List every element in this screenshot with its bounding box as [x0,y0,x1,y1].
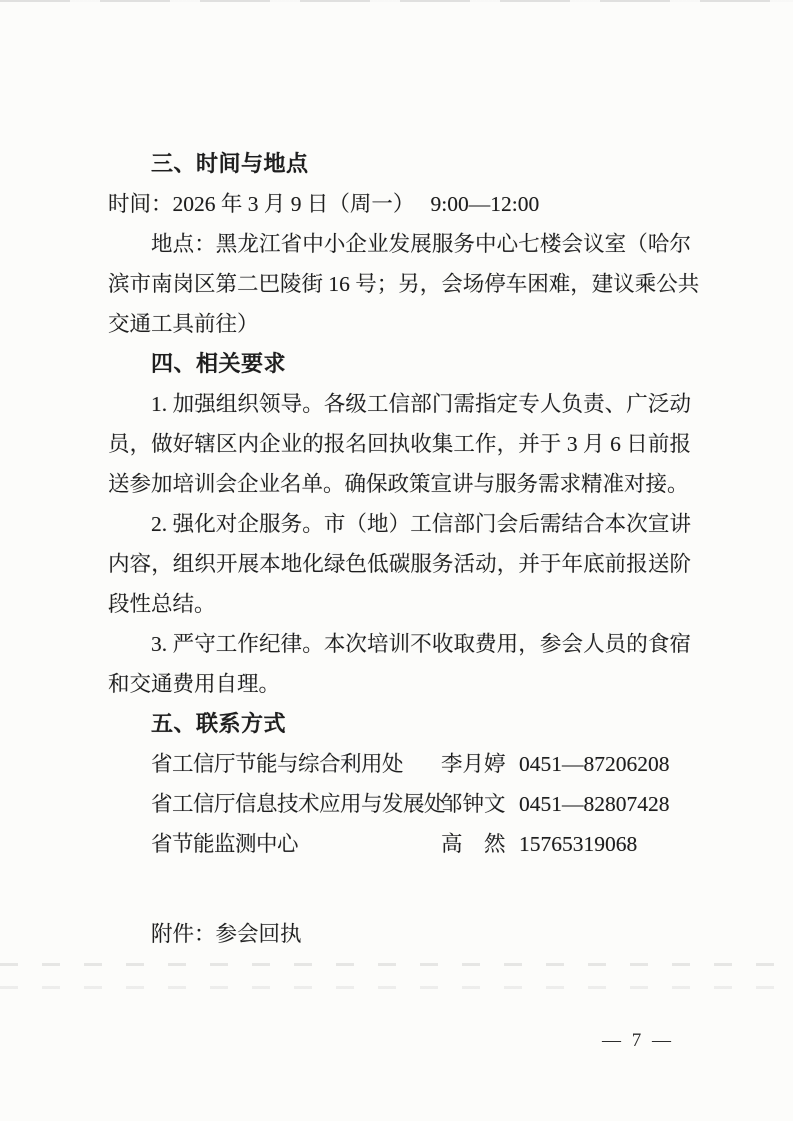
section-heading-requirements: 四、相关要求 [151,344,691,384]
section-heading-time-location: 三、时间与地点 [151,144,691,184]
contact-department: 省工信厅信息技术应用与发展处 [151,784,441,824]
location-line: 滨市南岗区第二巴陵街 16 号；另，会场停车困难，建议乘公共 [108,264,691,304]
body-line: 1. 加强组织领导。各级工信部门需指定专人负责、广泛动 [108,384,691,424]
contact-person-name: 高 然 [441,824,511,864]
vertical-gap [108,864,691,914]
contact-phone-number: 0451—87206208 [519,744,670,784]
body-line: 内容，组织开展本地化绿色低碳服务活动，并于年底前报送阶 [108,544,691,584]
body-line: 2. 强化对企服务。市（地）工信部门会后需结合本次宣讲 [108,504,691,544]
body-line: 3. 严守工作纪律。本次培训不收取费用，参会人员的食宿 [108,624,691,664]
attachment-line: 附件：参会回执 [151,914,691,954]
scan-streak-artifact [0,986,793,989]
scan-edge-artifact [0,0,793,2]
scan-streak-artifact [0,963,793,966]
location-paragraph: 地点：黑龙江省中小企业发展服务中心七楼会议室（哈尔 滨市南岗区第二巴陵街 16 … [108,224,691,344]
body-line: 员，做好辖区内企业的报名回执收集工作，并于 3 月 6 日前报 [108,424,691,464]
contact-person-name: 李月婷 [441,744,511,784]
contact-row: 省工信厅节能与综合利用处 李月婷 0451—87206208 [151,744,691,784]
location-line: 交通工具前往） [108,304,691,344]
body-line: 和交通费用自理。 [108,664,691,704]
contact-phone-number: 15765319068 [519,824,637,864]
section-heading-contacts: 五、联系方式 [151,704,691,744]
time-line: 时间：2026 年 3 月 9 日（周一） 9:00—12:00 [108,184,691,224]
contact-row: 省节能监测中心 高 然 15765319068 [151,824,691,864]
document-body: 三、时间与地点 时间：2026 年 3 月 9 日（周一） 9:00—12:00… [108,144,691,954]
contact-person-name: 邹钟文 [441,784,511,824]
contact-row: 省工信厅信息技术应用与发展处 邹钟文 0451—82807428 [151,784,691,824]
contact-phone-number: 0451—82807428 [519,784,670,824]
page-number: — 7 — [602,1030,674,1052]
requirement-paragraph-2: 2. 强化对企服务。市（地）工信部门会后需结合本次宣讲 内容，组织开展本地化绿色… [108,504,691,624]
contact-department: 省工信厅节能与综合利用处 [151,744,441,784]
requirement-paragraph-3: 3. 严守工作纪律。本次培训不收取费用，参会人员的食宿 和交通费用自理。 [108,624,691,704]
contact-department: 省节能监测中心 [151,824,441,864]
location-line: 地点：黑龙江省中小企业发展服务中心七楼会议室（哈尔 [108,224,691,264]
requirement-paragraph-1: 1. 加强组织领导。各级工信部门需指定专人负责、广泛动 员，做好辖区内企业的报名… [108,384,691,504]
body-line: 段性总结。 [108,584,691,624]
scanned-document-page: 三、时间与地点 时间：2026 年 3 月 9 日（周一） 9:00—12:00… [0,0,793,1121]
body-line: 送参加培训会企业名单。确保政策宣讲与服务需求精准对接。 [108,464,691,504]
